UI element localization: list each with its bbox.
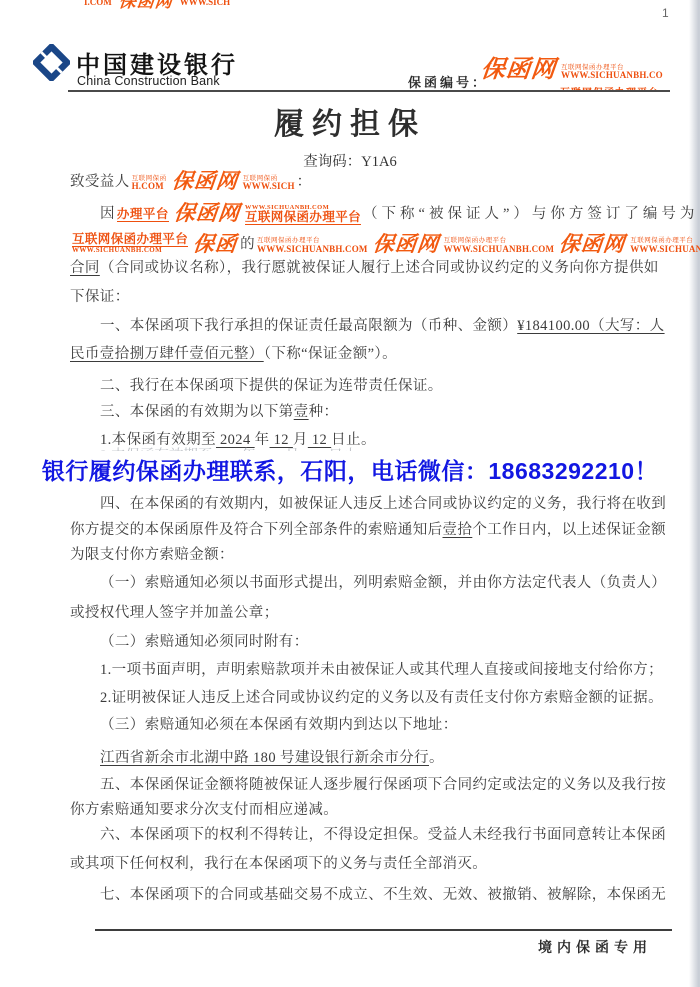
watermark-logo: 保函网: [558, 234, 626, 255]
text-line: 一、本保函项下我行承担的保证责任最高限额为（币种、金额）¥184100.00（大…: [100, 317, 665, 335]
watermark-logo: 保函: [192, 234, 238, 255]
watermark-text: WWW.SICHUANBH.COM互联网保函办理平台: [245, 205, 361, 225]
contact-banner: 银行履约保函办理联系，石阳，电话微信：18683292210！: [30, 451, 670, 489]
body-text: 或授权代理人签字并加盖公章；: [70, 605, 279, 621]
text-line: 互联网保函办理平台WWW.SICHUANBH.COM保函的互联网保函办理平台WW…: [70, 233, 700, 255]
body-text: 。: [429, 750, 444, 766]
body-text: 个工作日内，以上述保证金额: [472, 522, 666, 538]
body-text: 二、我行在本保函项下提供的保证为连带责任保证。: [100, 378, 443, 394]
watermark-text: 互联网保函办理平台WWW.SICHUANBH.COM: [257, 238, 368, 254]
body-text: 你方索赔通知要求分次支付而相应递减。: [70, 802, 338, 818]
body-text: 为限支付你方索赔金额：: [70, 547, 234, 563]
top-watermark-post: WWW.SICH: [180, 0, 230, 7]
body-text: 种：: [309, 404, 339, 420]
body-text: 2.证明被保证人违反上述合同或协议约定的义务以及有责任支付你方索赔金额的证据。: [100, 690, 663, 706]
text-line: 三、本保函的有效期为以下第壹种：: [100, 403, 338, 421]
underlined-text: 民币壹拾捌万肆仟壹佰元整）: [70, 346, 264, 362]
body-text: （下称“被保证人”）与你方签订了编号为: [363, 206, 698, 222]
page-number: 1: [662, 6, 669, 20]
body-text: （三）索赔通知必须在本保函有效期内到达以下地址：: [100, 717, 458, 733]
body-text: 致受益人: [70, 174, 130, 190]
watermark-logo: 保函网: [480, 58, 558, 82]
text-line: （三）索赔通知必须在本保函有效期内到达以下地址：: [100, 716, 458, 734]
body-text: 下保证：: [70, 289, 130, 305]
text-line: 民币壹拾捌万肆仟壹佰元整）（下称“保证金额”）。: [70, 345, 397, 363]
ccb-logo-icon: [33, 44, 70, 81]
body-text: （二）索赔通知必须同时附有：: [100, 634, 309, 650]
document-title: 履约担保: [0, 99, 700, 143]
watermark-text: 互联网保函办理平台WWW.SICHUANBH.COM: [630, 238, 700, 254]
body-text: 一、本保函项下我行承担的保证责任最高限额为（币种、金额）: [100, 318, 517, 334]
text-line: 为限支付你方索赔金额：: [70, 546, 234, 564]
watermark-logo: 保函网: [372, 234, 440, 255]
body-text: 你方提交的本保函原件及符合下列全部条件的索赔通知后: [70, 522, 443, 538]
text-line: 或授权代理人签字并加盖公章；: [70, 604, 279, 622]
body-text: 四、在本保函的有效期内，如被保证人违反上述合同或协议约定的义务，我行将在收到: [100, 496, 666, 512]
query-label: 查询码：: [303, 154, 361, 170]
body-text: ：: [297, 174, 312, 190]
body-text: （一）索赔通知必须以书面形式提出，列明索赔金额，并由你方法定代表人（负责人）: [100, 575, 666, 591]
underlined-text: 壹拾: [443, 522, 473, 538]
text-line: 江西省新余市北湖中路 180 号建设银行新余市分行。: [100, 749, 444, 767]
body-text: 六、本保函项下的权利不得转让，不得设定担保。受益人未经我行书面同意转让本保函: [100, 827, 666, 843]
body-text: 五、本保函保证金额将随被保证人逐步履行保函项下合同约定或法定的义务以及我行按: [100, 777, 666, 793]
header-watermark: 保函网互联网保函办理平台WWW.SICHUANBH.CO: [478, 58, 665, 82]
text-line: 七、本保函项下的合同或基础交易不成立、不生效、无效、被撤销、被解除，本保函无: [100, 886, 666, 904]
query-value: Y1A6: [361, 154, 396, 170]
body-text: 七、本保函项下的合同或基础交易不成立、不生效、无效、被撤销、被解除，本保函无: [100, 887, 666, 903]
body-text: 的: [240, 237, 255, 253]
footer-divider: [95, 929, 672, 931]
text-line: 六、本保函项下的权利不得转让，不得设定担保。受益人未经我行书面同意转让本保函: [100, 826, 666, 844]
watermark-text: 互联网保函办理平台WWW.SICHUANBH.COM: [444, 238, 555, 254]
query-code: 查询码：Y1A6: [0, 150, 700, 171]
document-page: 1 I.COM 保函网 WWW.SICH 中国建设银行 China Constr…: [0, 0, 700, 987]
text-line: 合同（合同或协议名称），我行愿就被保证人履行上述合同或协议约定的义务向你方提供如: [70, 259, 659, 277]
watermark-text: 互联网保函H.COM: [132, 176, 167, 192]
body-text: 三、本保函的有效期为以下第: [100, 404, 294, 420]
text-line: 或其项下任何权利，我行在本保函项下的义务与责任全部消灭。: [70, 855, 487, 873]
text-line: 五、本保函保证金额将随被保证人逐步履行保函项下合同约定或法定的义务以及我行按: [100, 776, 666, 794]
text-line: 下保证：: [70, 288, 130, 306]
watermark-text: 互联网保函办理平台WWW.SICHUANBH.COM: [72, 233, 188, 254]
underlined-text: 合同: [70, 260, 100, 276]
underlined-text: ¥184100.00（大写：人: [517, 318, 664, 334]
top-watermark: I.COM 保函网 WWW.SICH: [84, 0, 314, 13]
text-line: 你方提交的本保函原件及符合下列全部条件的索赔通知后壹拾个工作日内，以上述保证金额: [70, 521, 666, 539]
text-line: 致受益人互联网保函H.COM保函网互联网保函WWW.SICH：: [70, 171, 312, 192]
watermark-logo: 保函网: [171, 171, 239, 192]
scan-edge-shadow: [689, 0, 700, 987]
top-watermark-pre: I.COM: [84, 0, 112, 7]
body-text: 或其项下任何权利，我行在本保函项下的义务与责任全部消灭。: [70, 856, 487, 872]
watermark-logo: 保函网: [173, 203, 241, 224]
watermark-text: 办理平台: [117, 207, 169, 222]
text-line: （二）索赔通知必须同时附有：: [100, 633, 309, 651]
text-line: 二、我行在本保函项下提供的保证为连带责任保证。: [100, 377, 443, 395]
body-text: （合同或协议名称），我行愿就被保证人履行上述合同或协议约定的义务向你方提供如: [100, 260, 659, 276]
footer-label: 境内保函专用: [538, 937, 652, 957]
underlined-text: 江西省新余市北湖中路 180 号建设银行新余市分行: [100, 750, 429, 766]
body-text: （下称“保证金额”）。: [264, 346, 397, 362]
text-line: 2.证明被保证人违反上述合同或协议约定的义务以及有责任支付你方索赔金额的证据。: [100, 689, 663, 707]
header-divider: [68, 90, 670, 92]
text-line: 你方索赔通知要求分次支付而相应递减。: [70, 801, 338, 819]
text-line: 因办理平台保函网WWW.SICHUANBH.COM互联网保函办理平台（下称“被保…: [100, 203, 698, 225]
text-line: （一）索赔通知必须以书面形式提出，列明索赔金额，并由你方法定代表人（负责人）: [100, 574, 666, 592]
watermark-text: 互联网保函办理平台WWW.SICHUANBH.CO: [561, 65, 663, 81]
bank-name-en: China Construction Bank: [77, 74, 220, 88]
watermark-logo: 保函网: [118, 0, 174, 10]
text-line: 四、在本保函的有效期内，如被保证人违反上述合同或协议约定的义务，我行将在收到: [100, 495, 666, 513]
body-text: 1.一项书面声明，声明索赔款项并未由被保证人或其代理人直接或间接地支付给你方；: [100, 662, 663, 678]
body-text: 因: [100, 206, 115, 222]
guarantee-ref-label: 保函编号：: [408, 72, 488, 91]
watermark-text: 互联网保函WWW.SICH: [243, 176, 295, 192]
underlined-text: 壹: [294, 404, 309, 420]
text-line: 1.一项书面声明，声明索赔款项并未由被保证人或其代理人直接或间接地支付给你方；: [100, 661, 663, 679]
